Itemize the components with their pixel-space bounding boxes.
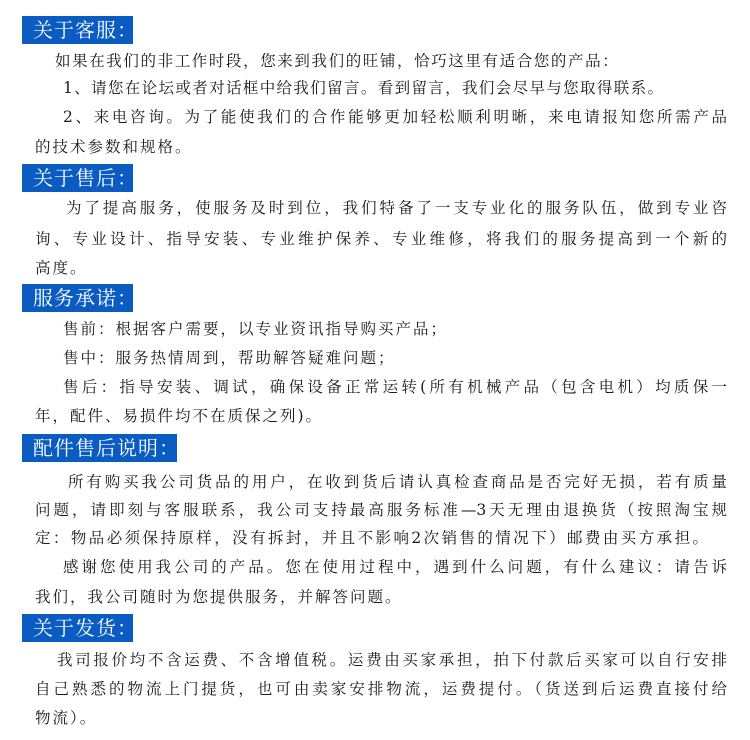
section-header-shipping: 关于发货： (22, 614, 133, 642)
paragraph-line: 售中：服务热情周到，帮助解答疑难问题； (63, 347, 463, 369)
paragraph-line: 售前：根据客户需要，以专业资讯指导购买产品； (63, 318, 523, 340)
paragraph-line: 的技术参数和规格。 (35, 136, 235, 158)
paragraph-line: 物流）。 (35, 707, 155, 729)
paragraph-line: 我们，我公司随时为您提供服务，并解答问题。 (35, 586, 455, 608)
paragraph-line: 定：物品必须保持原样，没有拆封，并且不影响2次销售的情况下）邮费由买方承担。 (35, 527, 708, 549)
paragraph-line: 我司报价均不含运费、不含增值税。运费由买家承担，拍下付款后买家可以自行安排 (57, 649, 727, 671)
paragraph-line: 为了提高服务，使服务及时到位，我们特备了一支专业化的服务队伍，做到专业咨 (66, 197, 727, 219)
paragraph-line: 售后：指导安装、调试，确保设备正常运转(所有机械产品（包含电机）均质保一 (63, 376, 727, 398)
section-header-customer-service: 关于客服： (22, 16, 133, 44)
paragraph-line: 高度。 (35, 257, 135, 279)
paragraph-line: 2、来电咨询。为了能使我们的合作能够更加轻松顺利明晰，来电请报知您所需产品 (63, 106, 727, 128)
section-header-service-promise: 服务承诺： (22, 284, 133, 312)
paragraph-line: 1、请您在论坛或者对话框中给我们留言。看到留言，我们会尽早与您取得联系。 (63, 77, 663, 99)
section-header-parts-after-sales: 配件售后说明： (22, 434, 177, 462)
paragraph-line: 自己熟悉的物流上门提货，也可由卖家安排物流，运费提付。（货送到后运费直接付给 (35, 678, 727, 700)
paragraph-line: 所有购买我公司货品的用户，在收到货后请认真检查商品是否完好无损，若有质量 (68, 471, 727, 493)
section-header-after-sales: 关于售后： (22, 164, 133, 192)
paragraph-line: 感谢您使用我公司的产品。您在使用过程中，遇到什么问题，有什么建议：请告诉 (63, 556, 727, 578)
paragraph-line: 询、专业设计、指导安装、专业维护保养、专业维修，将我们的服务提高到一个新的 (35, 228, 727, 250)
paragraph-line: 如果在我们的非工作时段，您来到我们的旺铺，恰巧这里有适合您的产品： (55, 50, 727, 72)
paragraph-line: 问题，请即刻与客服联系，我公司支持最高服务标准—3天无理由退换货（按照淘宝规 (35, 499, 727, 521)
paragraph-line: 年，配件、易损件均不在质保之列)。 (35, 405, 375, 427)
